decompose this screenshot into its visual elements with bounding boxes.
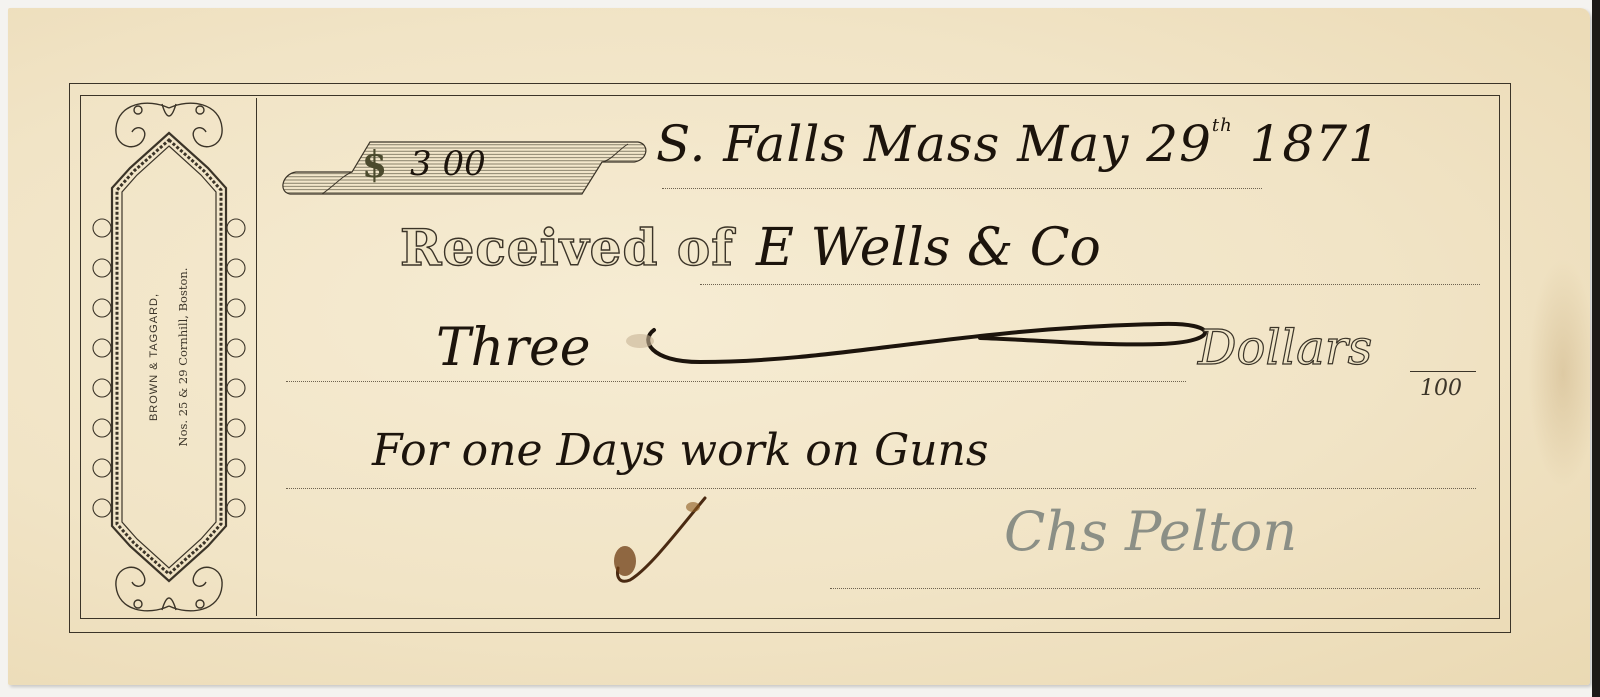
amount-words-dotted-line xyxy=(286,381,1186,382)
dollars-label: Dollars xyxy=(1198,320,1372,376)
printer-imprint: BROWN & TAGGARD, Nos. 25 & 29 Cornhill, … xyxy=(148,268,190,447)
printer-ornament-stub: BROWN & TAGGARD, Nos. 25 & 29 Cornhill, … xyxy=(88,98,250,616)
amount-words-handwritten: Three xyxy=(436,318,591,378)
date-suffix: th xyxy=(1212,115,1233,136)
stub-divider xyxy=(256,98,257,616)
amount-flourish-stroke xyxy=(640,318,1220,378)
memo-dotted-line xyxy=(286,488,1476,489)
place-date-text: S. Falls Mass May 29 xyxy=(656,115,1212,173)
cents-denominator: 100 xyxy=(1420,376,1462,401)
currency-symbol: $ xyxy=(362,144,387,186)
place-date-handwritten: S. Falls Mass May 29th 1871 xyxy=(656,115,1381,173)
scan-edge xyxy=(1592,0,1600,697)
payer-dotted-line xyxy=(700,284,1480,285)
amount-handwritten: 3 00 xyxy=(410,144,486,184)
date-dotted-line xyxy=(662,188,1262,189)
paper-stain xyxy=(626,334,654,348)
printer-address: Nos. 25 & 29 Cornhill, Boston. xyxy=(176,268,190,447)
signature-dotted-line xyxy=(830,588,1480,589)
payer-handwritten: E Wells & Co xyxy=(756,218,1101,278)
signature-pencil: Chs Pelton xyxy=(1004,500,1297,563)
printer-name: BROWN & TAGGARD, xyxy=(148,268,160,447)
ink-spot xyxy=(686,502,700,512)
received-of-label: Received of xyxy=(400,218,734,277)
date-year: 1871 xyxy=(1250,115,1381,173)
ink-blot xyxy=(614,546,636,576)
memo-handwritten: For one Days work on Guns xyxy=(372,425,988,476)
cents-fraction-line xyxy=(1410,371,1476,372)
